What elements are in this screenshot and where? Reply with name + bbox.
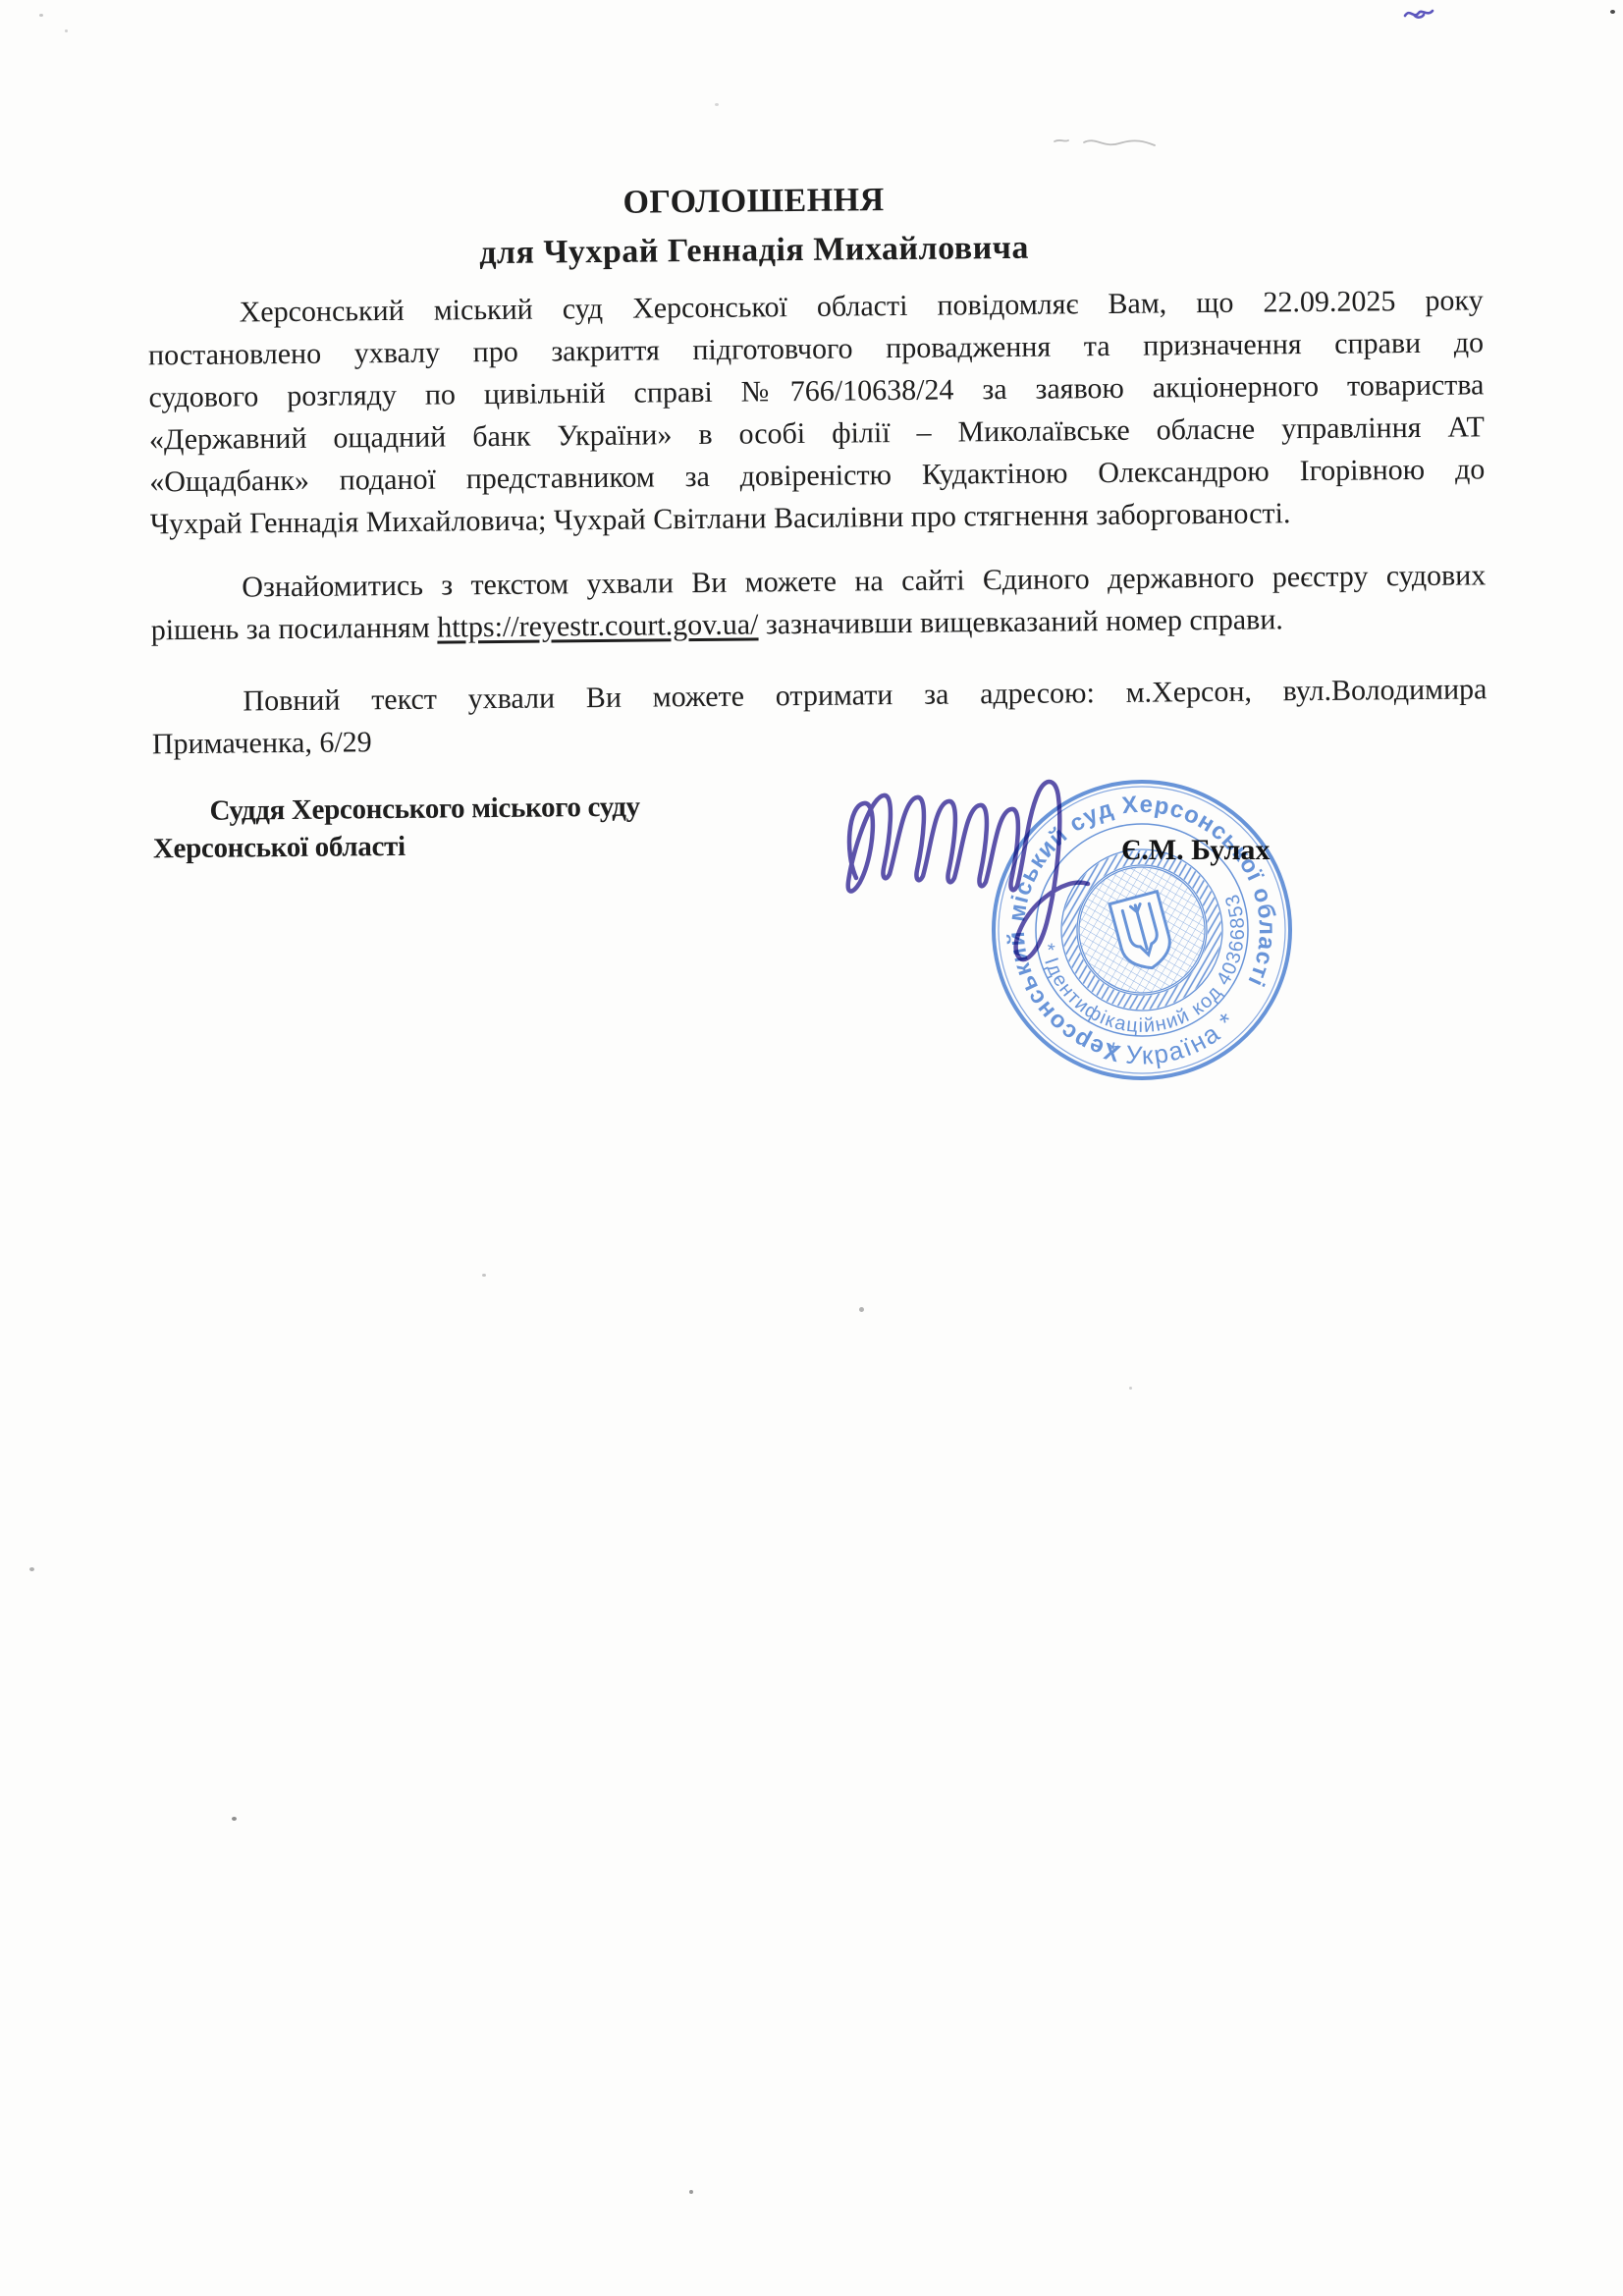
paragraph-registry-info: Ознайомитись з текстом ухвали Ви можете … bbox=[150, 554, 1487, 651]
scan-speck bbox=[65, 29, 68, 32]
paragraph-address-info: Повний текст ухвали Ви можете отримати з… bbox=[151, 668, 1488, 765]
registry-text-after-link: зазначивши вищевказаний номер справи. bbox=[758, 603, 1283, 640]
pencil-smudge bbox=[1051, 130, 1159, 157]
scan-speck bbox=[482, 1274, 486, 1277]
scan-speck bbox=[232, 1817, 237, 1821]
scan-speck bbox=[1129, 1387, 1132, 1390]
scan-speck bbox=[859, 1307, 864, 1312]
scan-speck bbox=[715, 103, 719, 106]
scan-speck bbox=[689, 2190, 693, 2194]
signature-stroke bbox=[848, 782, 1088, 959]
scan-speck bbox=[1610, 10, 1615, 14]
registry-text-before-link: рішень за посиланням bbox=[151, 612, 438, 647]
scan-speck bbox=[29, 1567, 34, 1571]
reyestr-court-link: https://reyestr.court.gov.ua/ bbox=[437, 608, 758, 643]
ink-mark bbox=[1402, 4, 1437, 27]
paragraph-court-notice: Херсонський міський суд Херсонської обла… bbox=[147, 279, 1485, 545]
document-title: ОГОЛОШЕННЯ для Чухрай Геннадія Михайлови… bbox=[85, 171, 1422, 282]
judge-role-line: Херсонської області bbox=[153, 823, 899, 867]
scan-speck bbox=[39, 14, 43, 17]
scanned-court-announcement-page: ОГОЛОШЕННЯ для Чухрай Геннадія Михайлови… bbox=[0, 0, 1623, 2296]
signer-name: Є.М. Булах bbox=[1121, 834, 1270, 867]
handwritten-signature bbox=[827, 758, 1121, 994]
judge-signature-block: Суддя Херсонського міського суду Херсонс… bbox=[152, 786, 899, 867]
